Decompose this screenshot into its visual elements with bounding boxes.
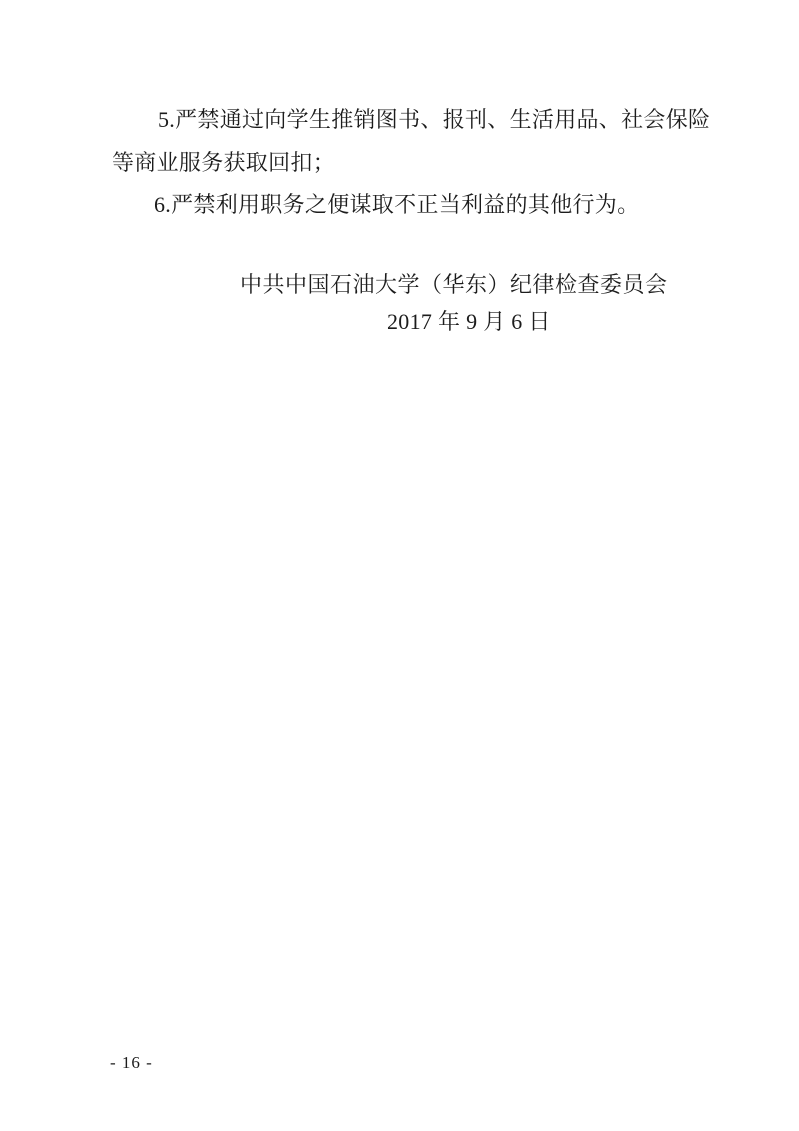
signature-line: 中共中国石油大学（华东）纪律检查委员会 [240,272,668,298]
document-page: 5.严禁通过向学生推销图书、报刊、生活用品、社会保险 等商业服务获取回扣； 6.… [0,0,799,1131]
clause-5-line-1: 5.严禁通过向学生推销图书、报刊、生活用品、社会保险 [158,107,710,133]
clause-6-line: 6.严禁利用职务之便谋取不正当利益的其他行为。 [154,192,639,218]
date-line: 2017 年 9 月 6 日 [387,309,551,335]
page-number: - 16 - [110,1053,153,1073]
clause-5-line-2: 等商业服务获取回扣； [112,150,335,176]
